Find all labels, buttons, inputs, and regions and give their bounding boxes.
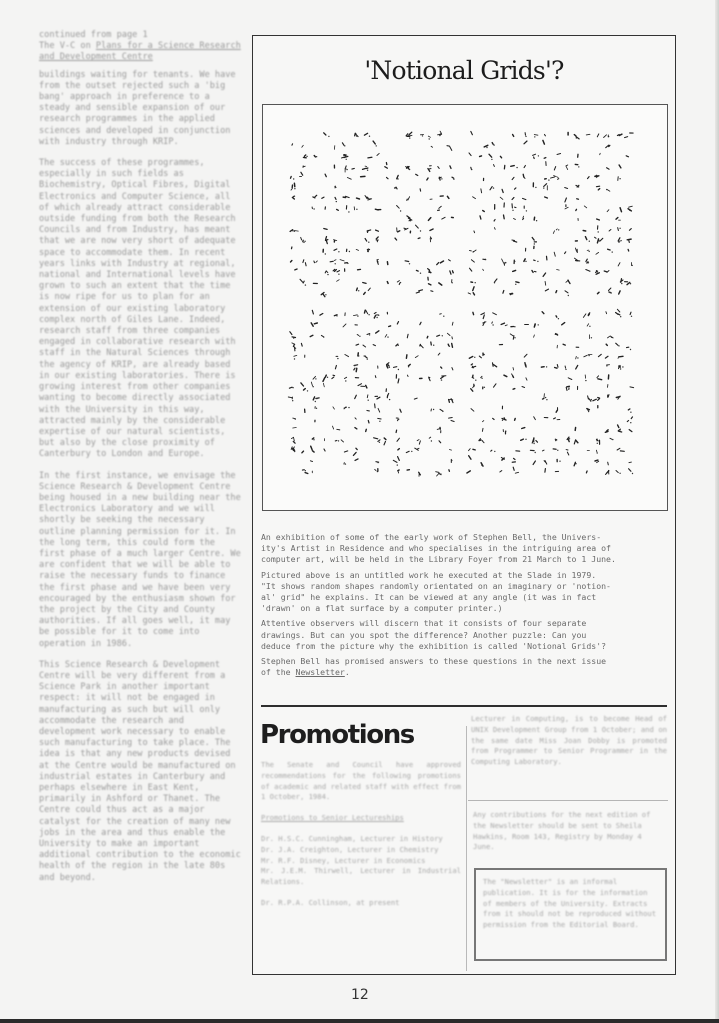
heading-prefix: The V-C on	[39, 41, 96, 51]
feature-paragraph-last: Stephen Bell has promised answers to the…	[261, 656, 671, 678]
feature-paragraph: An exhibition of some of the early work …	[261, 532, 671, 566]
article-heading: The V-C on Plans for a Science Research …	[39, 41, 244, 63]
contributions-divider	[468, 800, 668, 801]
last-paragraph-suffix: .	[345, 667, 350, 677]
feature-body: An exhibition of some of the early work …	[261, 532, 671, 682]
feature-title: 'Notional Grids'?	[253, 56, 675, 85]
newsletter-notice-box: The "Newsletter" is an informal publicat…	[474, 868, 667, 961]
article-paragraph: buildings waiting for tenants. We have f…	[39, 70, 244, 148]
article-paragraph: The success of these programmes, especia…	[39, 158, 244, 460]
promotion-entry: Dr. J.A. Creighton, Lecturer in Chemistr…	[261, 845, 461, 856]
page-edge	[715, 0, 719, 1023]
artwork-image	[262, 104, 668, 511]
column-divider	[466, 726, 467, 971]
article-paragraph: This Science Research & Development Cent…	[39, 660, 244, 884]
promotions-heading: Promotions	[260, 720, 414, 750]
notice-text: The "Newsletter" is an informal publicat…	[483, 877, 658, 931]
promotion-entry: Mr. R.F. Disney, Lecturer in Economics	[261, 856, 461, 867]
promotions-column-1: The Senate and Council have approved rec…	[261, 760, 461, 909]
section-divider	[261, 705, 667, 707]
promotions-column-2: Lecturer in Computing, is to become Head…	[471, 714, 667, 768]
article-paragraph: In the first instance, we envisage the S…	[39, 471, 244, 650]
promotion-entry: Mr. J.E.M. Thirwell, Lecturer in Industr…	[261, 866, 461, 888]
newsletter-reference: Newsletter	[296, 667, 345, 677]
contributions-note: Any contributions for the next edition o…	[473, 810, 667, 853]
left-column-article: continued from page 1 The V-C on Plans f…	[39, 30, 244, 894]
page-number: 12	[351, 987, 369, 1003]
feature-paragraph: Attentive observers will discern that it…	[261, 618, 671, 652]
feature-frame: 'Notional Grids'? An exhibition of some …	[252, 35, 676, 975]
feature-paragraph: Pictured above is an untitled work he ex…	[261, 570, 671, 615]
promotions-intro: The Senate and Council have approved rec…	[261, 760, 461, 803]
notional-grid-artwork	[263, 105, 669, 512]
promotion-entry: Dr. H.S.C. Cunningham, Lecturer in Histo…	[261, 834, 461, 845]
promotions-subheading: Promotions to Senior Lectureships	[261, 813, 461, 824]
promotion-continuation: Dr. R.P.A. Collinson, at present	[261, 898, 461, 909]
continued-note: continued from page 1	[39, 30, 244, 41]
page-bottom-edge	[0, 1019, 719, 1023]
